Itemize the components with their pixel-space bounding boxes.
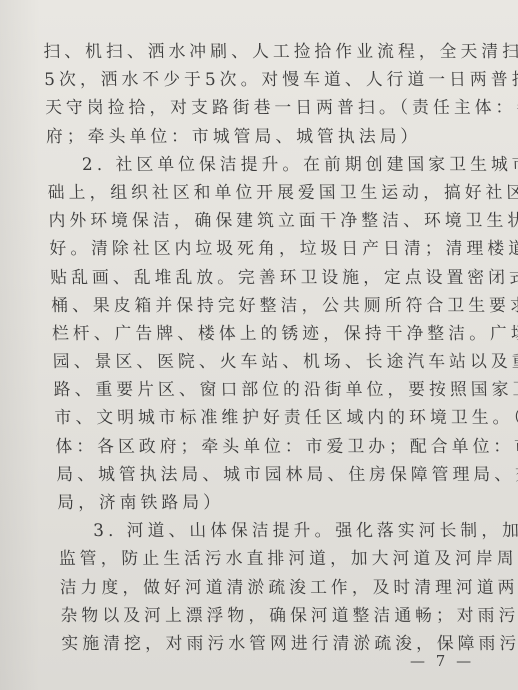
text-line: 府；牵头单位：市城管局、城管执法局） <box>46 123 476 151</box>
text-line: 础上，组织社区和单位开展爱国卫生运动，搞好社区和单位 <box>47 179 477 207</box>
text-line: 桶、果皮箱并保持完好整洁，公共厕所符合卫生要求。清除 <box>51 292 481 320</box>
text-line: 贴乱画、乱堆乱放。完善环卫设施，定点设置密闭式垃圾 <box>50 264 480 292</box>
page-number: — 7 — <box>410 652 474 670</box>
text-line: 局，济南铁路局） <box>57 489 487 517</box>
text-line: 内外环境保洁，确保建筑立面干净整洁、环境卫生状况良 <box>48 207 478 235</box>
text-line: 天守岗捡拾，对支路街巷一日两普扫。（责任主体：各区政 <box>45 94 475 122</box>
text-line: 好。清除社区内垃圾死角，垃圾日产日清；清理楼道内的乱 <box>49 235 479 263</box>
text-line: 监管，防止生活污水直排河道，加大河道及河岸周边卫生保 <box>59 545 489 573</box>
section-heading-3: 3. 河道、山体保洁提升。强化落实河长制，加强河道 <box>58 517 488 545</box>
text-line: 5次，洒水不少于5次。对慢车道、人行道一日两普扫、全 <box>44 66 474 94</box>
text-line: 栏杆、广告牌、楼体上的锈迹，保持干净整洁。广场、公 <box>52 320 482 348</box>
section-heading-2: 2. 社区单位保洁提升。在前期创建国家卫生城市的基 <box>46 151 476 179</box>
text-line: 路、重要片区、窗口部位的沿街单位，要按照国家卫生城 <box>53 376 483 404</box>
text-line: 洁力度，做好河道清淤疏浚工作，及时清理河道两侧垃圾、 <box>59 574 489 602</box>
document-page: 扫、机扫、洒水冲刷、人工捡拾作业流程，全天清扫不少于 5次，洒水不少于5次。对慢… <box>0 0 518 690</box>
text-line: 杂物以及河上漂浮物，确保河道整洁通畅；对雨污水检查井 <box>60 602 490 630</box>
text-line: 扫、机扫、洒水冲刷、人工捡拾作业流程，全天清扫不少于 <box>43 38 473 66</box>
text-line: 市、文明城市标准维护好责任区域内的环境卫生。（责任主 <box>54 404 484 432</box>
text-line: 局、城管执法局、城市园林局、住房保障管理局、交通运输 <box>56 461 486 489</box>
text-line: 体：各区政府；牵头单位：市爱卫办；配合单位：市城管 <box>55 433 485 461</box>
text-line: 园、景区、医院、火车站、机场、长途汽车站以及重点道 <box>52 348 482 376</box>
body-text: 扫、机扫、洒水冲刷、人工捡拾作业流程，全天清扫不少于 5次，洒水不少于5次。对慢… <box>43 38 491 658</box>
